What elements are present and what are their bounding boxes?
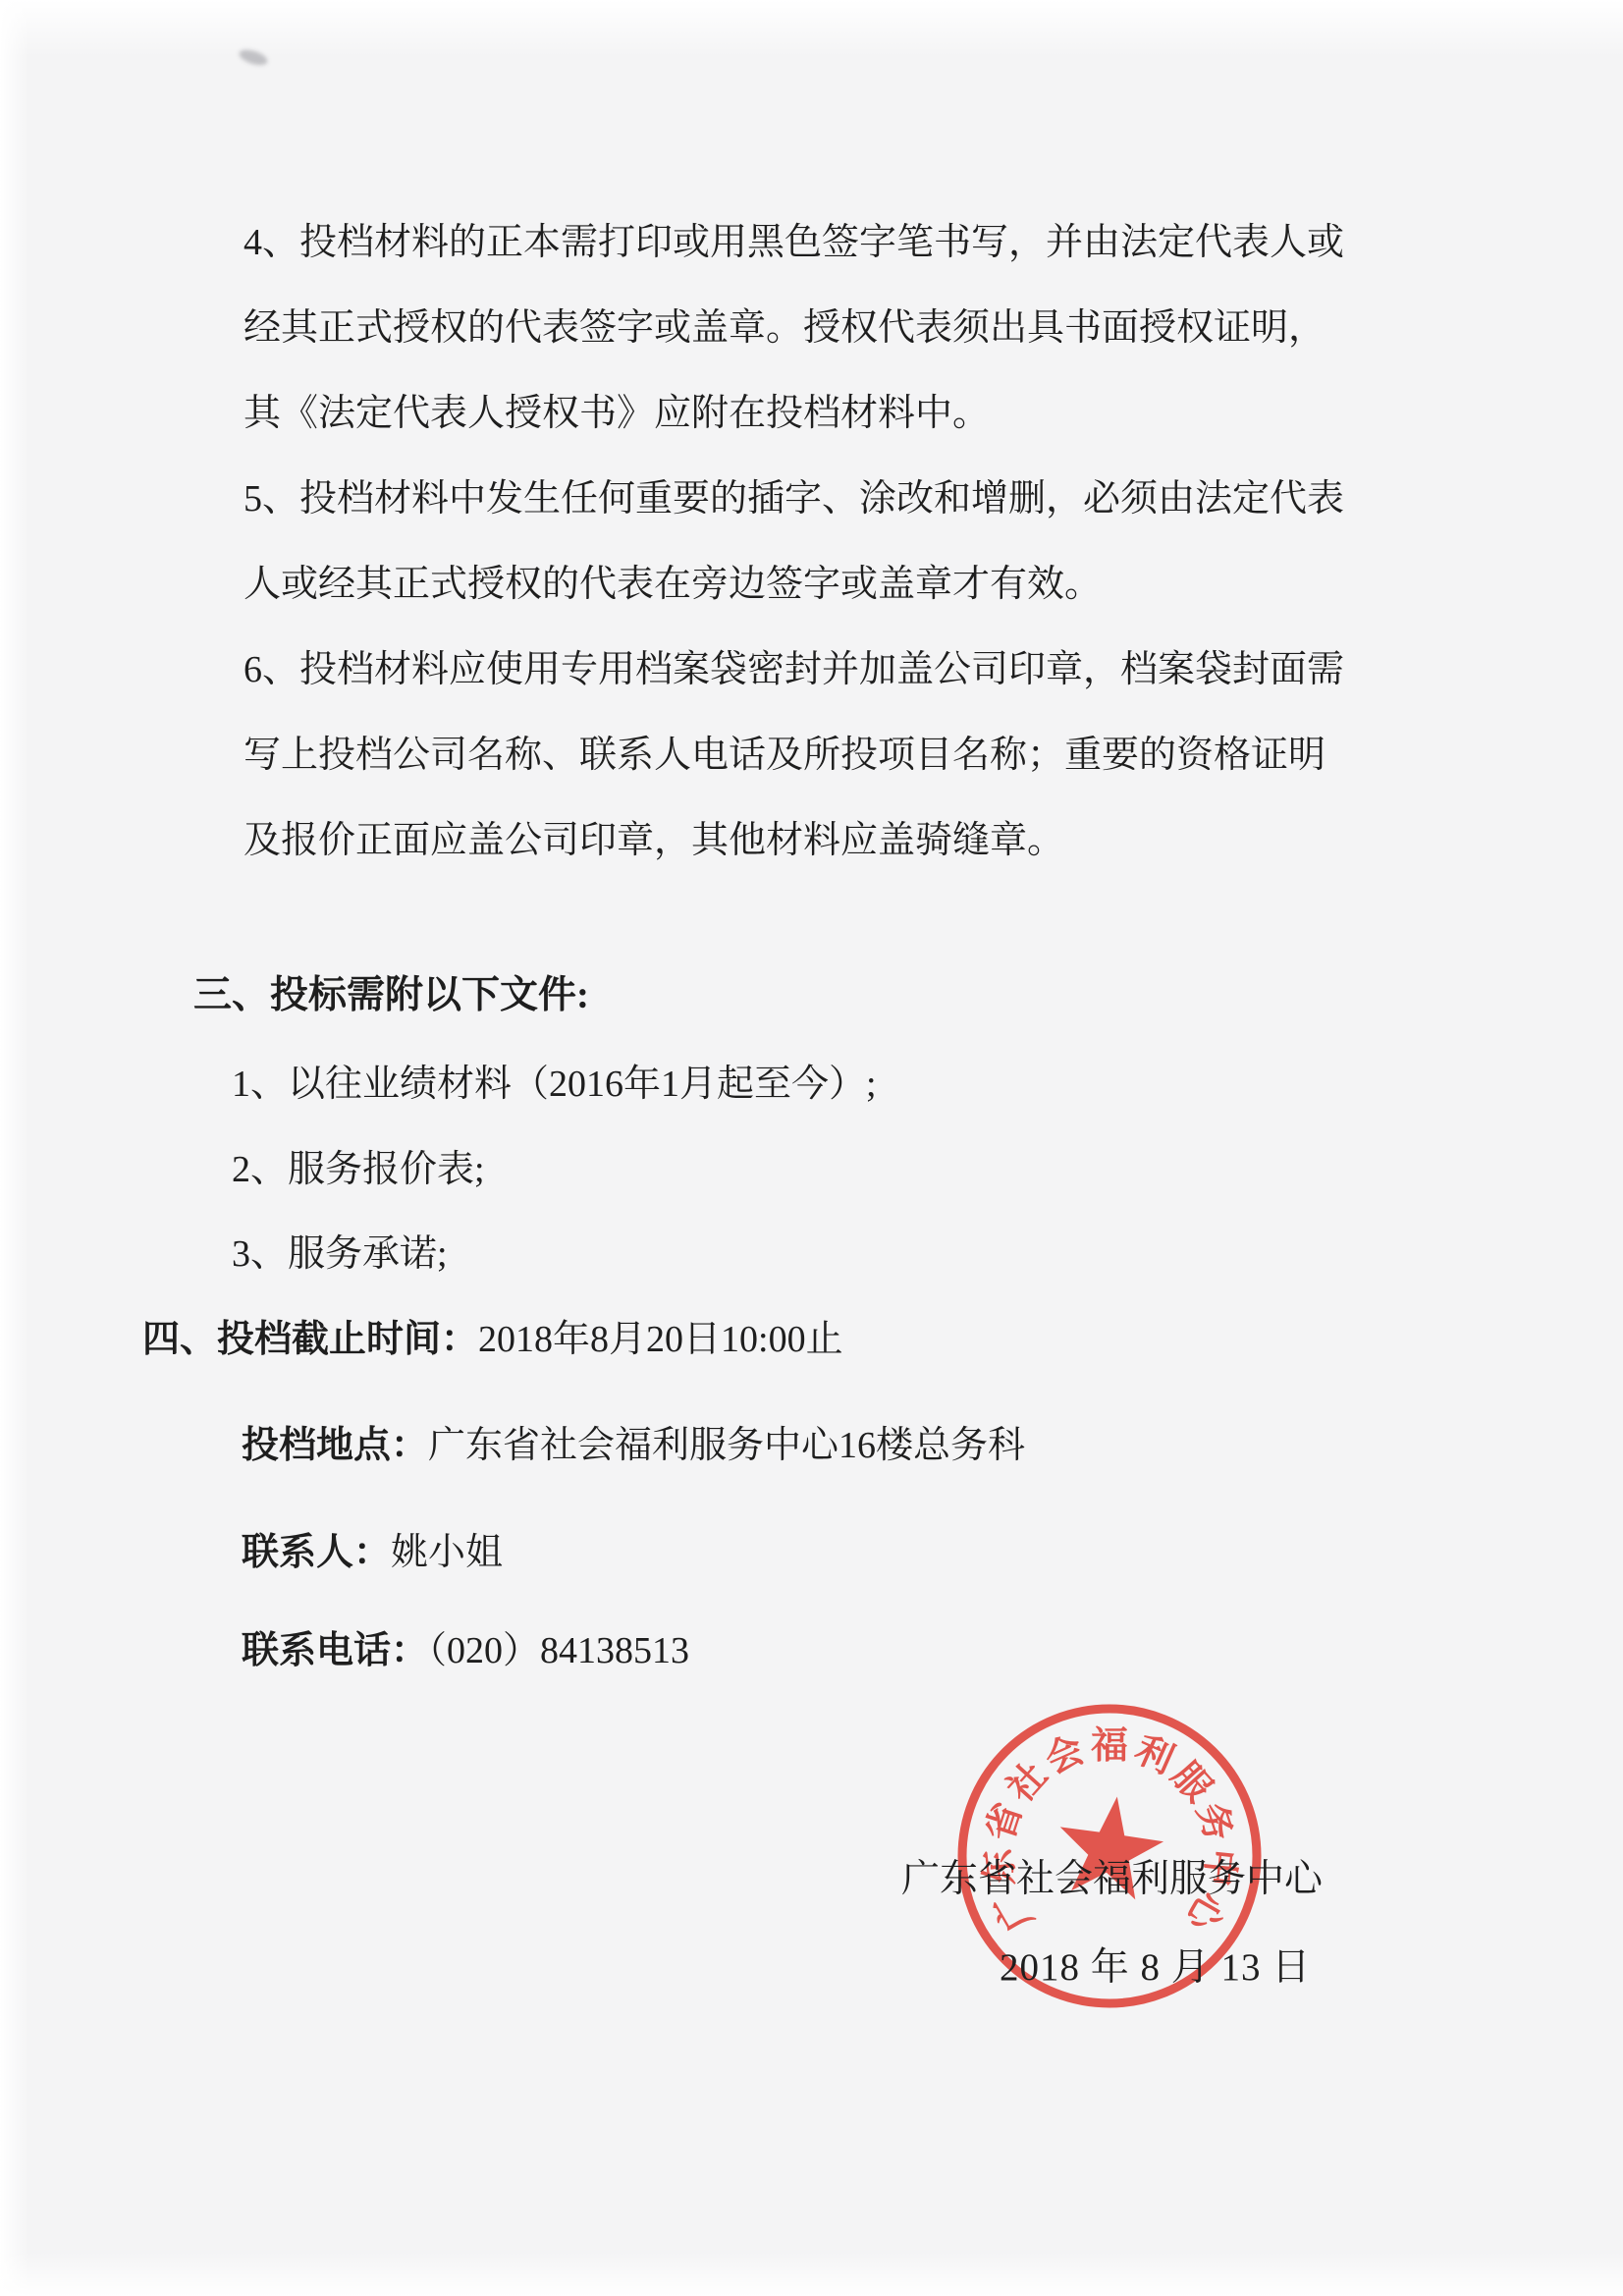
- scan-top-fade: [0, 0, 1623, 57]
- body-line: 及报价正面应盖公司印章，其他材料应盖骑缝章。: [243, 798, 1402, 884]
- person-value: 姚小姐: [391, 1532, 503, 1573]
- seal-arc-char: 服: [1163, 1755, 1219, 1810]
- contact-person-line: 联系人：姚小姐: [242, 1528, 503, 1577]
- seal-arc-char: 省: [980, 1798, 1031, 1846]
- issue-date: 2018 年 8 月 13 日: [1000, 1943, 1311, 1993]
- body-line: 5、投档材料中发生任何重要的插字、涂改和增删，必须由法定代表: [243, 457, 1402, 542]
- seal-arc-char: 务: [1189, 1798, 1240, 1846]
- body-line: 其《法定代表人授权书》应附在投档材料中。: [243, 371, 1402, 457]
- body-line: 4、投档材料的正本需打印或用黑色签字笔书写，并由法定代表人或: [243, 200, 1402, 286]
- list-item: 2、服务报价表;: [232, 1145, 485, 1194]
- scan-left-fade: [0, 0, 29, 2296]
- body-line: 人或经其正式授权的代表在旁边签字或盖章才有效。: [243, 542, 1402, 628]
- issuer-name: 广东省社会福利服务中心: [901, 1855, 1323, 1904]
- deadline-label: 四、投档截止时间：: [142, 1319, 478, 1360]
- deadline-line: 四、投档截止时间：2018年8月20日10:00止: [142, 1315, 843, 1364]
- phone-value: （020）84138513: [428, 1630, 689, 1671]
- seal-arc-char: 福: [1091, 1725, 1128, 1767]
- person-label: 联系人：: [242, 1532, 391, 1573]
- submission-place-line: 投档地点：广东省社会福利服务中心16楼总务科: [242, 1421, 1025, 1470]
- phone-label: 联系电话：: [242, 1630, 428, 1671]
- contact-phone-line: 联系电话：（020）84138513: [242, 1626, 689, 1675]
- scan-bottom-fade: [0, 2252, 1623, 2296]
- body-line: 写上投档公司名称、联系人电话及所投项目名称；重要的资格证明: [243, 713, 1402, 798]
- seal-arc-char: 会: [1040, 1729, 1091, 1782]
- list-item: 1、以往业绩材料（2016年1月起至今）;: [232, 1060, 877, 1109]
- body-line: 经其正式授权的代表签字或盖章。授权代表须出具书面授权证明，: [243, 286, 1402, 371]
- place-label: 投档地点：: [242, 1425, 428, 1466]
- body-line: 6、投档材料应使用专用档案袋密封并加盖公司印章，档案袋封面需: [243, 628, 1402, 713]
- place-value: 广东省社会福利服务中心16楼总务科: [428, 1425, 1025, 1466]
- deadline-value: 2018年8月20日10:00止: [478, 1319, 843, 1360]
- body-paragraphs: 4、投档材料的正本需打印或用黑色签字笔书写，并由法定代表人或 经其正式授权的代表…: [243, 200, 1402, 884]
- scanned-document-page: 4、投档材料的正本需打印或用黑色签字笔书写，并由法定代表人或 经其正式授权的代表…: [0, 0, 1623, 2296]
- section-three-heading: 三、投标需附以下文件:: [193, 971, 589, 1020]
- list-item: 3、服务承诺;: [232, 1230, 448, 1279]
